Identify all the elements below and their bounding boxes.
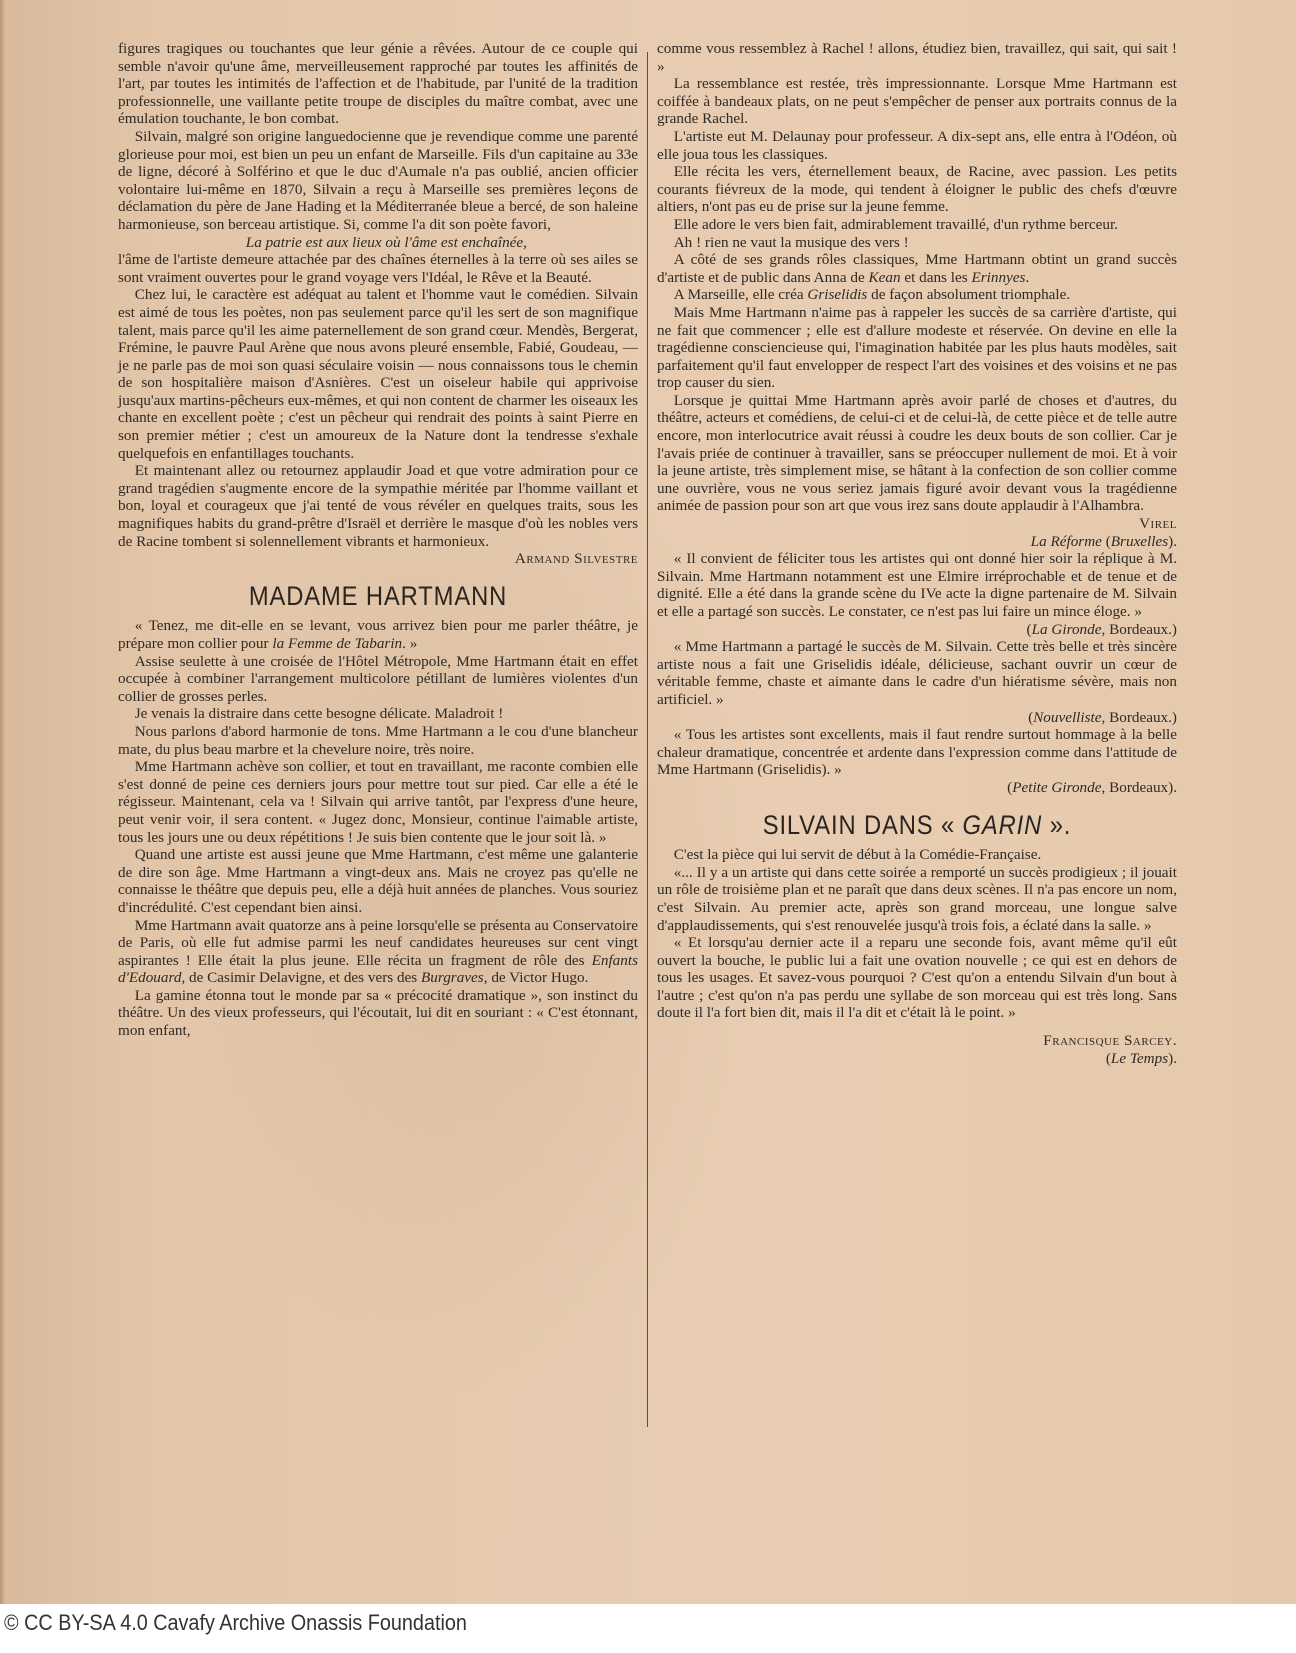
paragraph: A Marseille, elle créa Griselidis de faç… [657, 286, 1177, 304]
paragraph: C'est la pièce qui lui servit de début à… [657, 846, 1177, 864]
paragraph: Je venais la distraire dans cette besogn… [118, 705, 638, 723]
section-heading-madame-hartmann: MADAME HARTMANN [149, 588, 607, 606]
column-divider [647, 52, 648, 1427]
paragraph: figures tragiques ou touchantes que leur… [118, 40, 638, 128]
title-italic: Burgraves [421, 969, 484, 986]
copyright-credit: © CC BY-SA 4.0 Cavafy Archive Onassis Fo… [4, 1610, 467, 1636]
source-citation: La Réforme (Bruxelles). [657, 533, 1177, 551]
author-signature: Francisque Sarcey. [657, 1032, 1177, 1050]
paragraph: Mme Hartmann achève son collier, et tout… [118, 758, 638, 846]
author-signature: Armand Silvestre [118, 550, 638, 568]
verse-quote: La patrie est aux lieux où l'âme est enc… [118, 234, 638, 252]
source-citation: (Nouvelliste, Bordeaux.) [657, 709, 1177, 727]
paragraph: comme vous ressemblez à Rachel ! allons,… [657, 40, 1177, 75]
left-column: figures tragiques ou touchantes que leur… [118, 40, 638, 1040]
press-quote: « Il convient de féliciter tous les arti… [657, 550, 1177, 620]
paragraph: La gamine étonna tout le monde par sa « … [118, 987, 638, 1040]
author-signature: Virel [657, 515, 1177, 533]
paragraph: Nous parlons d'abord harmonie de tons. M… [118, 723, 638, 758]
paragraph: Silvain, malgré son origine languedocien… [118, 128, 638, 234]
paragraph: Lorsque je quittai Mme Hartmann après av… [657, 392, 1177, 515]
scanned-page: figures tragiques ou touchantes que leur… [0, 0, 1296, 1604]
paragraph: Elle récita les vers, éternellement beau… [657, 163, 1177, 216]
source-citation: (Petite Gironde, Bordeaux). [657, 779, 1177, 797]
paragraph: Elle adore le vers bien fait, admirablem… [657, 216, 1177, 234]
source-citation: (Le Temps). [657, 1050, 1177, 1068]
paragraph: Quand une artiste est aussi jeune que Mm… [118, 846, 638, 916]
paragraph: Mais Mme Hartmann n'aime pas à rappeler … [657, 304, 1177, 392]
paragraph: L'artiste eut M. Delaunay pour professeu… [657, 128, 1177, 163]
paragraph: « Tenez, me dit-elle en se levant, vous … [118, 617, 638, 652]
paragraph: Chez lui, le caractère est adéquat au ta… [118, 286, 638, 462]
title-italic: la Femme de Tabarin [272, 635, 402, 652]
section-heading-silvain-dans-garin: SILVAIN DANS « GARIN ». [688, 817, 1146, 835]
press-quote: « Et lorsqu'au dernier acte il a reparu … [657, 934, 1177, 1022]
paragraph: Ah ! rien ne vaut la musique des vers ! [657, 234, 1177, 252]
paragraph: A côté de ses grands rôles classiques, M… [657, 251, 1177, 286]
paragraph: Mme Hartmann avait quatorze ans à peine … [118, 917, 638, 987]
press-quote: « Tous les artistes sont excellents, mai… [657, 726, 1177, 779]
press-quote: «... Il y a un artiste qui dans cette so… [657, 864, 1177, 934]
paragraph: Et maintenant allez ou retournez applaud… [118, 462, 638, 550]
right-column: comme vous ressemblez à Rachel ! allons,… [657, 40, 1177, 1067]
paragraph: l'âme de l'artiste demeure attachée par … [118, 251, 638, 286]
paragraph: La ressemblance est restée, très impress… [657, 75, 1177, 128]
paragraph: Assise seulette à une croisée de l'Hôtel… [118, 653, 638, 706]
press-quote: « Mme Hartmann a partagé le succès de M.… [657, 638, 1177, 708]
source-citation: (La Gironde, Bordeaux.) [657, 621, 1177, 639]
